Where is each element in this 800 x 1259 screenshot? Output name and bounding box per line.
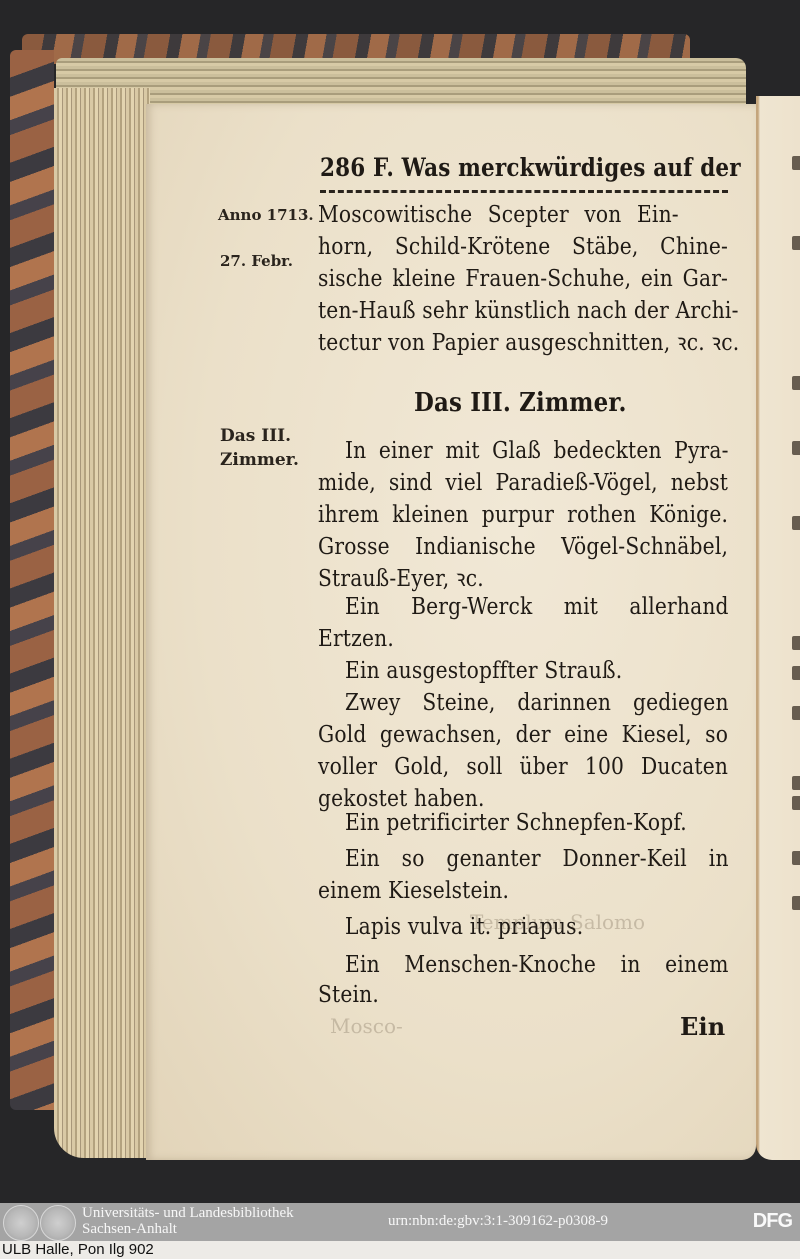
text-line: horn, Schild-Krötene Stäbe, Chine- — [318, 232, 728, 262]
text-line: Lapis vulva it. priapus. — [345, 912, 706, 942]
text-line: Strauß-Eyer, ꝛc. — [318, 564, 679, 594]
library-name[interactable]: Universitäts- und Landesbibliothek Sachs… — [82, 1205, 294, 1237]
bleed-through-text: Mosco- — [330, 1014, 403, 1038]
text-line: Ein so genanter Donner-Keil in — [345, 844, 729, 874]
university-seal-icon — [3, 1205, 39, 1241]
text-line: tectur von Papier ausgeschnitten, ꝛc. ꝛc… — [318, 328, 728, 358]
library-name-line-1: Universitäts- und Landesbibliothek — [82, 1205, 294, 1221]
text-line: Ein ausgestopffter Strauß. — [345, 656, 706, 686]
margin-note-section: Das III. — [220, 426, 291, 446]
text-line: Moscowitische Scepter von Ein- — [318, 200, 679, 230]
margin-note-section: Zimmer. — [220, 450, 299, 470]
footer-bar: Universitäts- und Landesbibliothek Sachs… — [0, 1203, 800, 1241]
text-line: Grosse Indianische Vögel-Schnäbel, — [318, 532, 728, 562]
catchword: Ein — [680, 1012, 725, 1041]
library-name-line-2: Sachsen-Anhalt — [82, 1221, 294, 1237]
book-cover-spine — [10, 50, 54, 1110]
section-title: Das III. Zimmer. — [414, 388, 627, 418]
text-line: sische kleine Frauen-Schuhe, ein Gar- — [318, 264, 728, 294]
text-line: Gold gewachsen, der eine Kiesel, so — [318, 720, 728, 750]
margin-note-day: 27. Febr. — [220, 252, 293, 270]
text-line: mide, sind viel Paradieß-Vögel, nebst — [318, 468, 728, 498]
page-edges-top — [56, 58, 746, 110]
text-line: Ein Berg-Werck mit allerhand — [345, 592, 729, 622]
text-line: Ein Menschen-Knoche in einem — [345, 950, 729, 980]
margin-note-year: Anno 1713. — [218, 206, 314, 224]
book-scan: Templum Salomo Mosco- 286 F. Was merckwü… — [0, 0, 800, 1203]
facing-page-strip — [756, 96, 800, 1160]
dfg-logo-icon[interactable]: DFG — [753, 1210, 792, 1233]
text-line: einem Kieselstein. — [318, 876, 679, 906]
text-line: Ertzen. — [318, 624, 679, 654]
text-line: ten-Hauß sehr künstlich nach der Archi- — [318, 296, 728, 326]
text-line: In einer mit Glaß bedeckten Pyra- — [345, 436, 729, 466]
text-line: voller Gold, soll über 100 Ducaten — [318, 752, 728, 782]
text-line: Ein petrificirter Schnepfen-Kopf. — [345, 808, 706, 838]
shelfmark: ULB Halle, Pon Ilg 902 — [0, 1241, 800, 1259]
text-line: ihrem kleinen purpur rothen Könige. — [318, 500, 728, 530]
urn-identifier[interactable]: urn:nbn:de:gbv:3:1-309162-p0308-9 — [388, 1213, 608, 1230]
page-edges-left — [54, 88, 150, 1158]
running-head: 286 F. Was merckwürdiges auf der — [320, 153, 673, 182]
text-line: Zwey Steine, darinnen gediegen — [345, 688, 729, 718]
text-line: Stein. — [318, 980, 679, 1010]
library-seal-icon — [40, 1205, 76, 1241]
header-rule — [320, 190, 728, 193]
